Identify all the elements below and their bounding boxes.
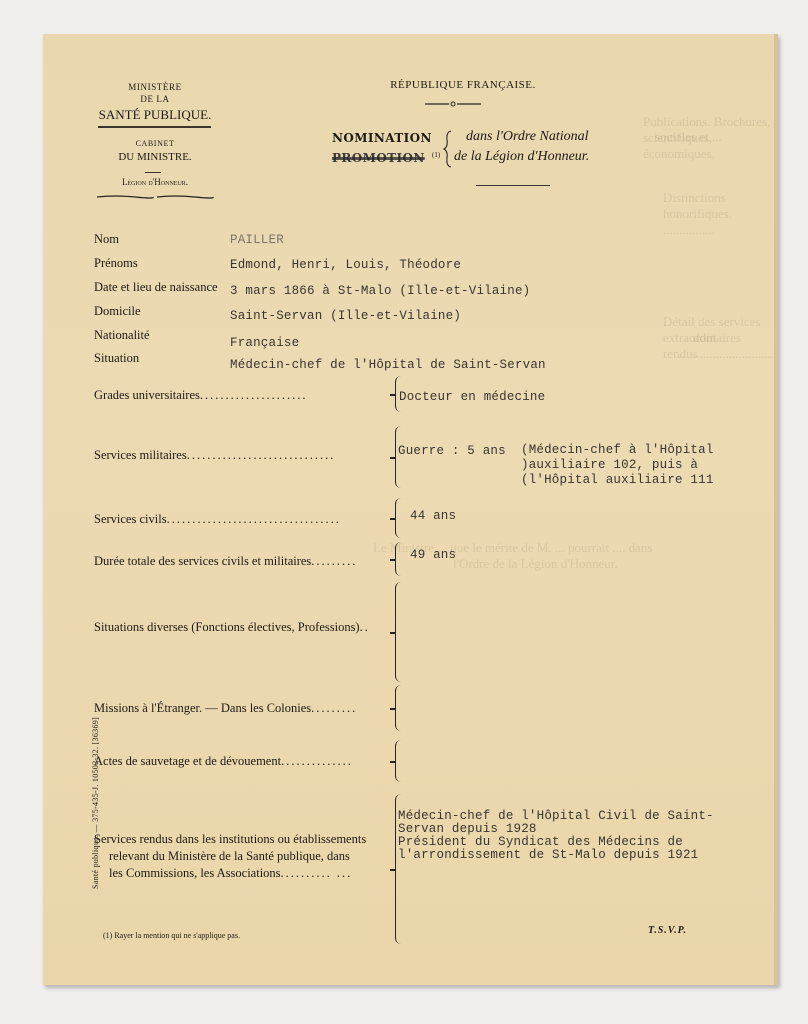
section-value-duree: 49 ans xyxy=(410,548,456,562)
ornament-swash-icon xyxy=(95,194,215,200)
page-edge xyxy=(774,34,778,985)
footnote-marker: (1) xyxy=(432,151,440,159)
field-label-domicile: Domicile xyxy=(94,304,141,319)
section-label-militaires: Services militaires.....................… xyxy=(94,448,335,463)
ministry-label: DE LA xyxy=(95,94,215,104)
brace-icon xyxy=(395,582,402,682)
legion-label: Légion d'Honneur. xyxy=(95,177,215,187)
field-label-nom: Nom xyxy=(94,232,119,247)
show-through-text: l'Ordre de la Légion d'Honneur. xyxy=(453,556,618,572)
section-label-missions: Missions à l'Étranger. — Dans les Coloni… xyxy=(94,701,357,716)
ornament-swash-icon xyxy=(423,101,483,107)
show-through-text: Distinctions honorifiques. .............… xyxy=(663,190,778,238)
field-value-nom: PAILLER xyxy=(230,233,284,247)
section-label-services-rendus: Services rendus dans les institutions ou… xyxy=(94,831,366,882)
show-through-text: dont ......................... xyxy=(693,330,778,362)
divider xyxy=(145,172,161,173)
show-through-text: sociales et ... xyxy=(655,129,722,145)
field-value-situation: Médecin-chef de l'Hôpital de Saint-Serva… xyxy=(230,358,546,372)
section-label-grades: Grades universitaires...................… xyxy=(94,388,308,403)
section-label-civils: Services civils.........................… xyxy=(94,512,341,527)
field-label-situation: Situation xyxy=(94,351,139,366)
field-value-nationalite: Française xyxy=(230,336,299,350)
divider xyxy=(476,185,550,186)
turn-over-mark: T.S.V.P. xyxy=(648,925,687,936)
nomination-label: NOMINATION xyxy=(332,131,432,145)
section-value-militaires: Guerre : 5 ans xyxy=(398,444,506,458)
field-label-nationalite: Nationalité xyxy=(94,328,150,343)
promotion-label-struck: PROMOTION xyxy=(332,151,425,165)
field-label-naissance: Date et lieu de naissance xyxy=(94,280,218,295)
cabinet-name: DU MINISTRE. xyxy=(95,151,215,163)
section-value-services-rendus: Médecin-chef de l'Hôpital Civil de Saint… xyxy=(398,810,714,862)
field-label-prenoms: Prénoms xyxy=(94,256,138,271)
section-value-civils: 44 ans xyxy=(410,509,456,523)
order-line-2: de la Légion d'Honneur. xyxy=(454,149,589,165)
brace-icon xyxy=(395,542,402,576)
brace-icon xyxy=(395,740,402,782)
field-value-prenoms: Edmond, Henri, Louis, Théodore xyxy=(230,258,461,272)
republic-title: RÉPUBLIQUE FRANÇAISE. xyxy=(363,79,563,91)
ministry-label: MINISTÈRE xyxy=(95,82,215,92)
cabinet-label: CABINET xyxy=(95,139,215,148)
order-line-1: dans l'Ordre National xyxy=(466,129,589,145)
printer-reference: Santé publique. — 375-435-J. 10502-32. [… xyxy=(91,717,100,889)
section-detail-militaires: (Médecin-chef à l'Hôpital )auxiliaire 10… xyxy=(521,443,714,488)
footnote: (1) Rayer la mention qui ne s'applique p… xyxy=(103,931,240,940)
section-label-duree: Durée totale des services civils et mili… xyxy=(94,554,357,569)
document-page: Publications. Brochures, scientifiques, … xyxy=(43,34,778,985)
brace-icon xyxy=(395,498,402,538)
brace-icon xyxy=(443,130,453,168)
ministry-name: SANTÉ PUBLIQUE. xyxy=(95,107,215,123)
divider xyxy=(98,126,211,128)
section-value-grades: Docteur en médecine xyxy=(399,390,545,404)
section-label-situations: Situations diverses (Fonctions électives… xyxy=(94,620,370,635)
brace-icon xyxy=(395,685,402,731)
field-value-naissance: 3 mars 1866 à St-Malo (Ille-et-Vilaine) xyxy=(230,284,530,298)
section-label-sauvetage: Actes de sauvetage et de dévouement.....… xyxy=(94,754,353,769)
field-value-domicile: Saint-Servan (Ille-et-Vilaine) xyxy=(230,309,461,323)
